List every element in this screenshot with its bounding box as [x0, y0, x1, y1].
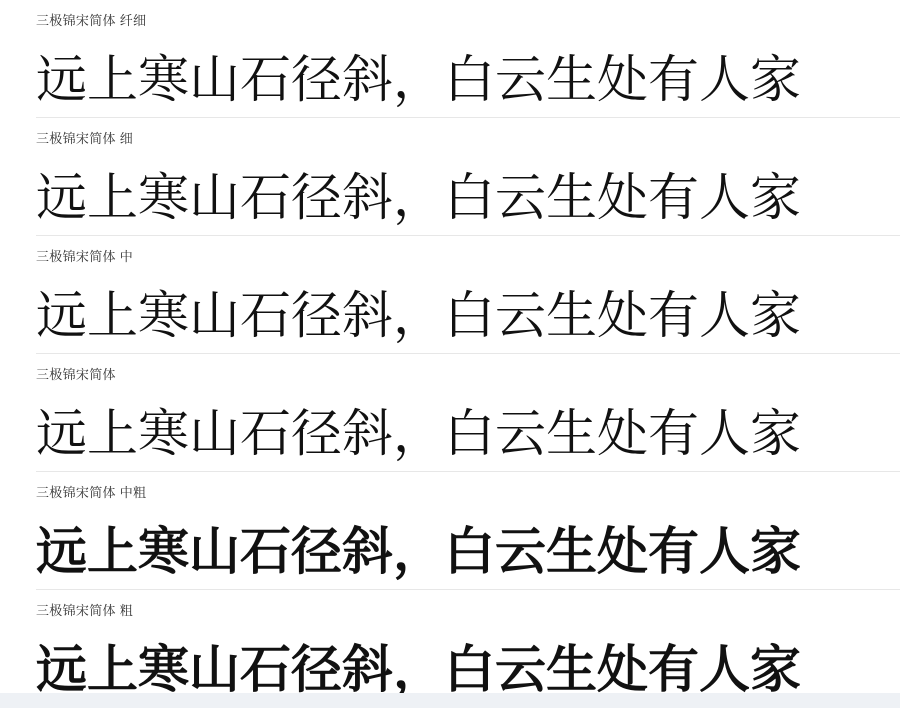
footer-band: [0, 693, 900, 708]
font-weight-label: 三极锦宋简体 中粗: [36, 472, 900, 501]
font-weight-row: 三极锦宋简体 粗 远上寒山石径斜，白云生处有人家: [36, 590, 900, 695]
font-weight-row: 三极锦宋简体 中 远上寒山石径斜，白云生处有人家: [36, 236, 900, 354]
font-weight-row: 三极锦宋简体 中粗 远上寒山石径斜，白云生处有人家: [36, 472, 900, 590]
font-weight-label: 三极锦宋简体 细: [36, 118, 900, 147]
font-weight-label: 三极锦宋简体 中: [36, 236, 900, 265]
font-weight-label: 三极锦宋简体 纤细: [36, 0, 900, 29]
font-sample-text: 远上寒山石径斜，白云生处有人家: [36, 641, 900, 701]
font-sample-text: 远上寒山石径斜，白云生处有人家: [36, 51, 900, 111]
font-sample-text: 远上寒山石径斜，白云生处有人家: [36, 287, 900, 347]
font-weight-label: 三极锦宋简体 粗: [36, 590, 900, 619]
font-sample-text: 远上寒山石径斜，白云生处有人家: [36, 405, 900, 465]
font-weight-row: 三极锦宋简体 细 远上寒山石径斜，白云生处有人家: [36, 118, 900, 236]
font-preview-page: 三极锦宋简体 纤细 远上寒山石径斜，白云生处有人家 三极锦宋简体 细 远上寒山石…: [0, 0, 900, 708]
font-sample-text: 远上寒山石径斜，白云生处有人家: [36, 169, 900, 229]
font-sample-text: 远上寒山石径斜，白云生处有人家: [36, 523, 900, 583]
font-weight-row: 三极锦宋简体 远上寒山石径斜，白云生处有人家: [36, 354, 900, 472]
font-weight-label: 三极锦宋简体: [36, 354, 900, 383]
font-weight-row: 三极锦宋简体 纤细 远上寒山石径斜，白云生处有人家: [36, 0, 900, 118]
